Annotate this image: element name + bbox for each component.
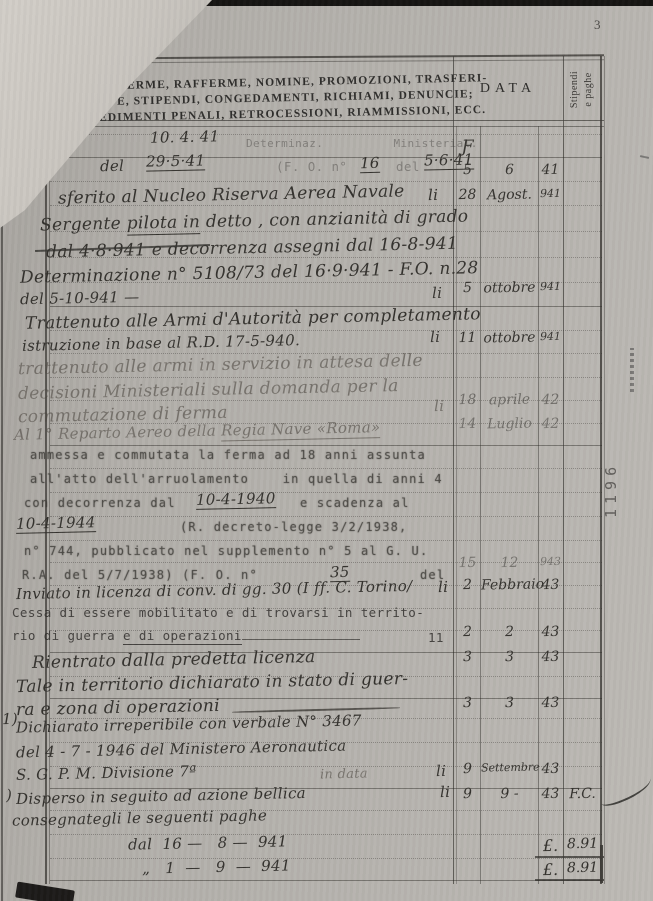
row-line [50,181,602,182]
date-month: 2 [481,624,538,641]
stamp-line: con decorrenza dal [24,497,176,509]
date-month: 12 [481,555,538,572]
date-day: 14 [455,416,480,432]
date-day: 5 [455,162,480,178]
typed-line: 11 [428,632,444,645]
handwritten-insert: 10-4-1940 [196,491,276,510]
date-day: 5 [455,280,480,296]
text-part: Sergente [40,214,127,236]
scan-left-edge [1,206,3,901]
date-day: 9 [455,761,480,777]
li-mark: li [436,764,447,779]
handwritten-line: 29·5·41 [146,153,206,171]
handwritten-line: sferito al Nucleo Riserva Aerea Navale [58,183,405,207]
pay-header-line1: Stipendi [568,70,582,107]
pay-value: 8.91 [564,860,601,877]
stamp-line: ammessa e commutata la ferma ad 18 anni … [30,449,426,461]
li-mark: li [428,188,439,203]
date-month: 3 [481,695,538,712]
stamp-line: (R. decreto-legge 3/2/1938, [180,521,407,533]
margin-tick [640,155,649,159]
li-mark: li [440,785,451,800]
date-year: 43 [538,577,563,593]
date-day: Ƒ [455,137,480,157]
date-day: 15 [455,555,480,571]
row-line [50,492,602,493]
date-day: 18 [455,392,480,408]
handwritten-insert: 10-4-1944 [16,515,96,534]
date-year: 43 [538,761,563,777]
date-year: 42 [538,416,563,432]
row-line [50,516,602,517]
date-year: 941 [538,330,563,343]
header-title-line3: EDIMENTI PENALI, RETROCESSIONI, RIAMMISS… [99,105,486,125]
row-line [50,134,602,135]
date-year: 43 [538,624,563,640]
text-part-underlined: e di operazioni [123,628,242,645]
stamp-line: e scadenza al [300,497,410,509]
date-month: Agost. [481,187,538,204]
currency-sign: £. [538,836,563,855]
handwritten-line: trattenuto alle armi in servizio in atte… [18,353,423,378]
pay-value: 8.91 [564,836,601,853]
typed-line: rio di guerra e di operazioni [12,630,360,643]
date-day: 3 [455,695,480,711]
handwritten-line: del 4 - 7 - 1946 del Ministero Aeronauti… [16,739,347,761]
handwritten-line: Disperso in seguito ad azione bellica [16,786,306,807]
date-day: 2 [455,624,480,640]
handwritten-line: 10. 4. 41 [150,129,220,145]
date-month: Luglio [481,416,538,433]
date-year: 941 [538,187,563,200]
text-part: rio di guerra [12,628,123,643]
handwritten-line: 16 [360,156,380,173]
date-month: aprile [481,392,538,409]
date-month: Settembre [481,761,538,775]
date-day: 3 [455,649,480,665]
pay-header-line2: e paghe [582,70,596,107]
handwritten-line: S. G. P. M. Divisione 7ª [16,764,197,783]
text-part: detto , con anzianità di grado [200,207,469,233]
date-month: 3 [481,649,538,666]
currency-sign: £. [538,860,563,879]
header-border-bottom-inner [45,126,604,127]
row-line [50,858,602,859]
typed-line: Determinaz. Ministerial. [246,138,478,149]
margin-smudge [630,348,634,392]
handwritten-line: Tale in territorio dichiarato in stato d… [16,671,409,696]
date-year: 43 [538,786,563,802]
handwritten-line: del [100,159,124,175]
row-line [50,880,602,881]
date-year: 43 [538,695,563,711]
date-day: 28 [455,187,480,203]
typed-line: del [396,161,420,174]
li-mark: li [432,286,443,301]
blank-line [242,638,360,640]
row-line [50,445,602,446]
handwritten-line: Rientrato dalla predetta licenza [32,649,316,672]
text-part-underlined: Regia Nave «Roma» [221,418,381,441]
typed-line: Cessa di essere mobilitato e di trovarsi… [12,607,424,620]
handwritten-line: Dichiarato irreperibile con verbale N° 3… [16,713,362,735]
handwritten-line: Trattenuto alle Armi d'Autorità per comp… [25,306,481,333]
row-line [50,157,602,158]
handwritten-note: in data [320,768,368,782]
scan-top-edge [0,0,653,6]
date-month: ottobre [481,280,538,297]
pay-note: F.C. [564,786,601,803]
stamp-line: n° 744, pubblicato nel supplemento n° 5 … [24,545,428,557]
date-day: 2 [455,577,480,593]
handwritten-line: istruzione in base al R.D. 17-5-940. [22,333,300,354]
date-month: 6 [481,162,538,179]
handwritten-line: „ 1 — 9 — 941 [142,858,291,876]
stamp-line: all'atto dell'arruolamento in quella di … [30,473,443,485]
data-column-header: DATA [453,60,563,118]
pay-column-header: Stipendi e paghe [563,58,600,120]
date-year: 43 [538,649,563,665]
margin-mark: ) [6,788,12,803]
typed-line: (F. O. n° [276,161,347,174]
text-part-underlined: pilota in [127,212,201,236]
handwritten-line: del 5-10-941 — [20,290,140,307]
page-number: 3 [594,18,601,31]
handwritten-line: dal 16 — 8 — 941 [128,834,288,852]
scanned-service-record-page: 3 1196 ERME, RAFFERME, NOMINE, [0,0,653,901]
li-mark: li [434,399,445,414]
date-year: 41 [538,162,563,178]
date-year: 42 [538,392,563,408]
date-year: 943 [538,555,563,568]
handwritten-line: Inviato in licenza di conv. di gg. 30 (I… [16,579,413,602]
margin-number-stamp: 1196 [604,462,619,518]
date-month: 9 - [481,786,538,803]
date-month: ottobre [481,330,538,347]
scan-bottom-shadow [15,882,75,901]
pen-flourish [597,772,653,809]
date-month: Febbraio [481,577,538,594]
text-part: Al 1° Reparto Aereo della [14,422,221,444]
handwritten-line: consegnategli le seguenti paghe [12,808,267,828]
date-day: 9 [455,786,480,802]
li-mark: li [430,330,441,345]
table-border-top [45,54,604,59]
row-line [50,468,602,469]
stamp-line: R.A. del 5/7/1938) (F. O. n° [22,569,258,581]
li-mark: li [438,580,449,595]
row-line [50,540,602,541]
date-day: 11 [455,330,480,346]
date-year: 941 [538,280,563,293]
